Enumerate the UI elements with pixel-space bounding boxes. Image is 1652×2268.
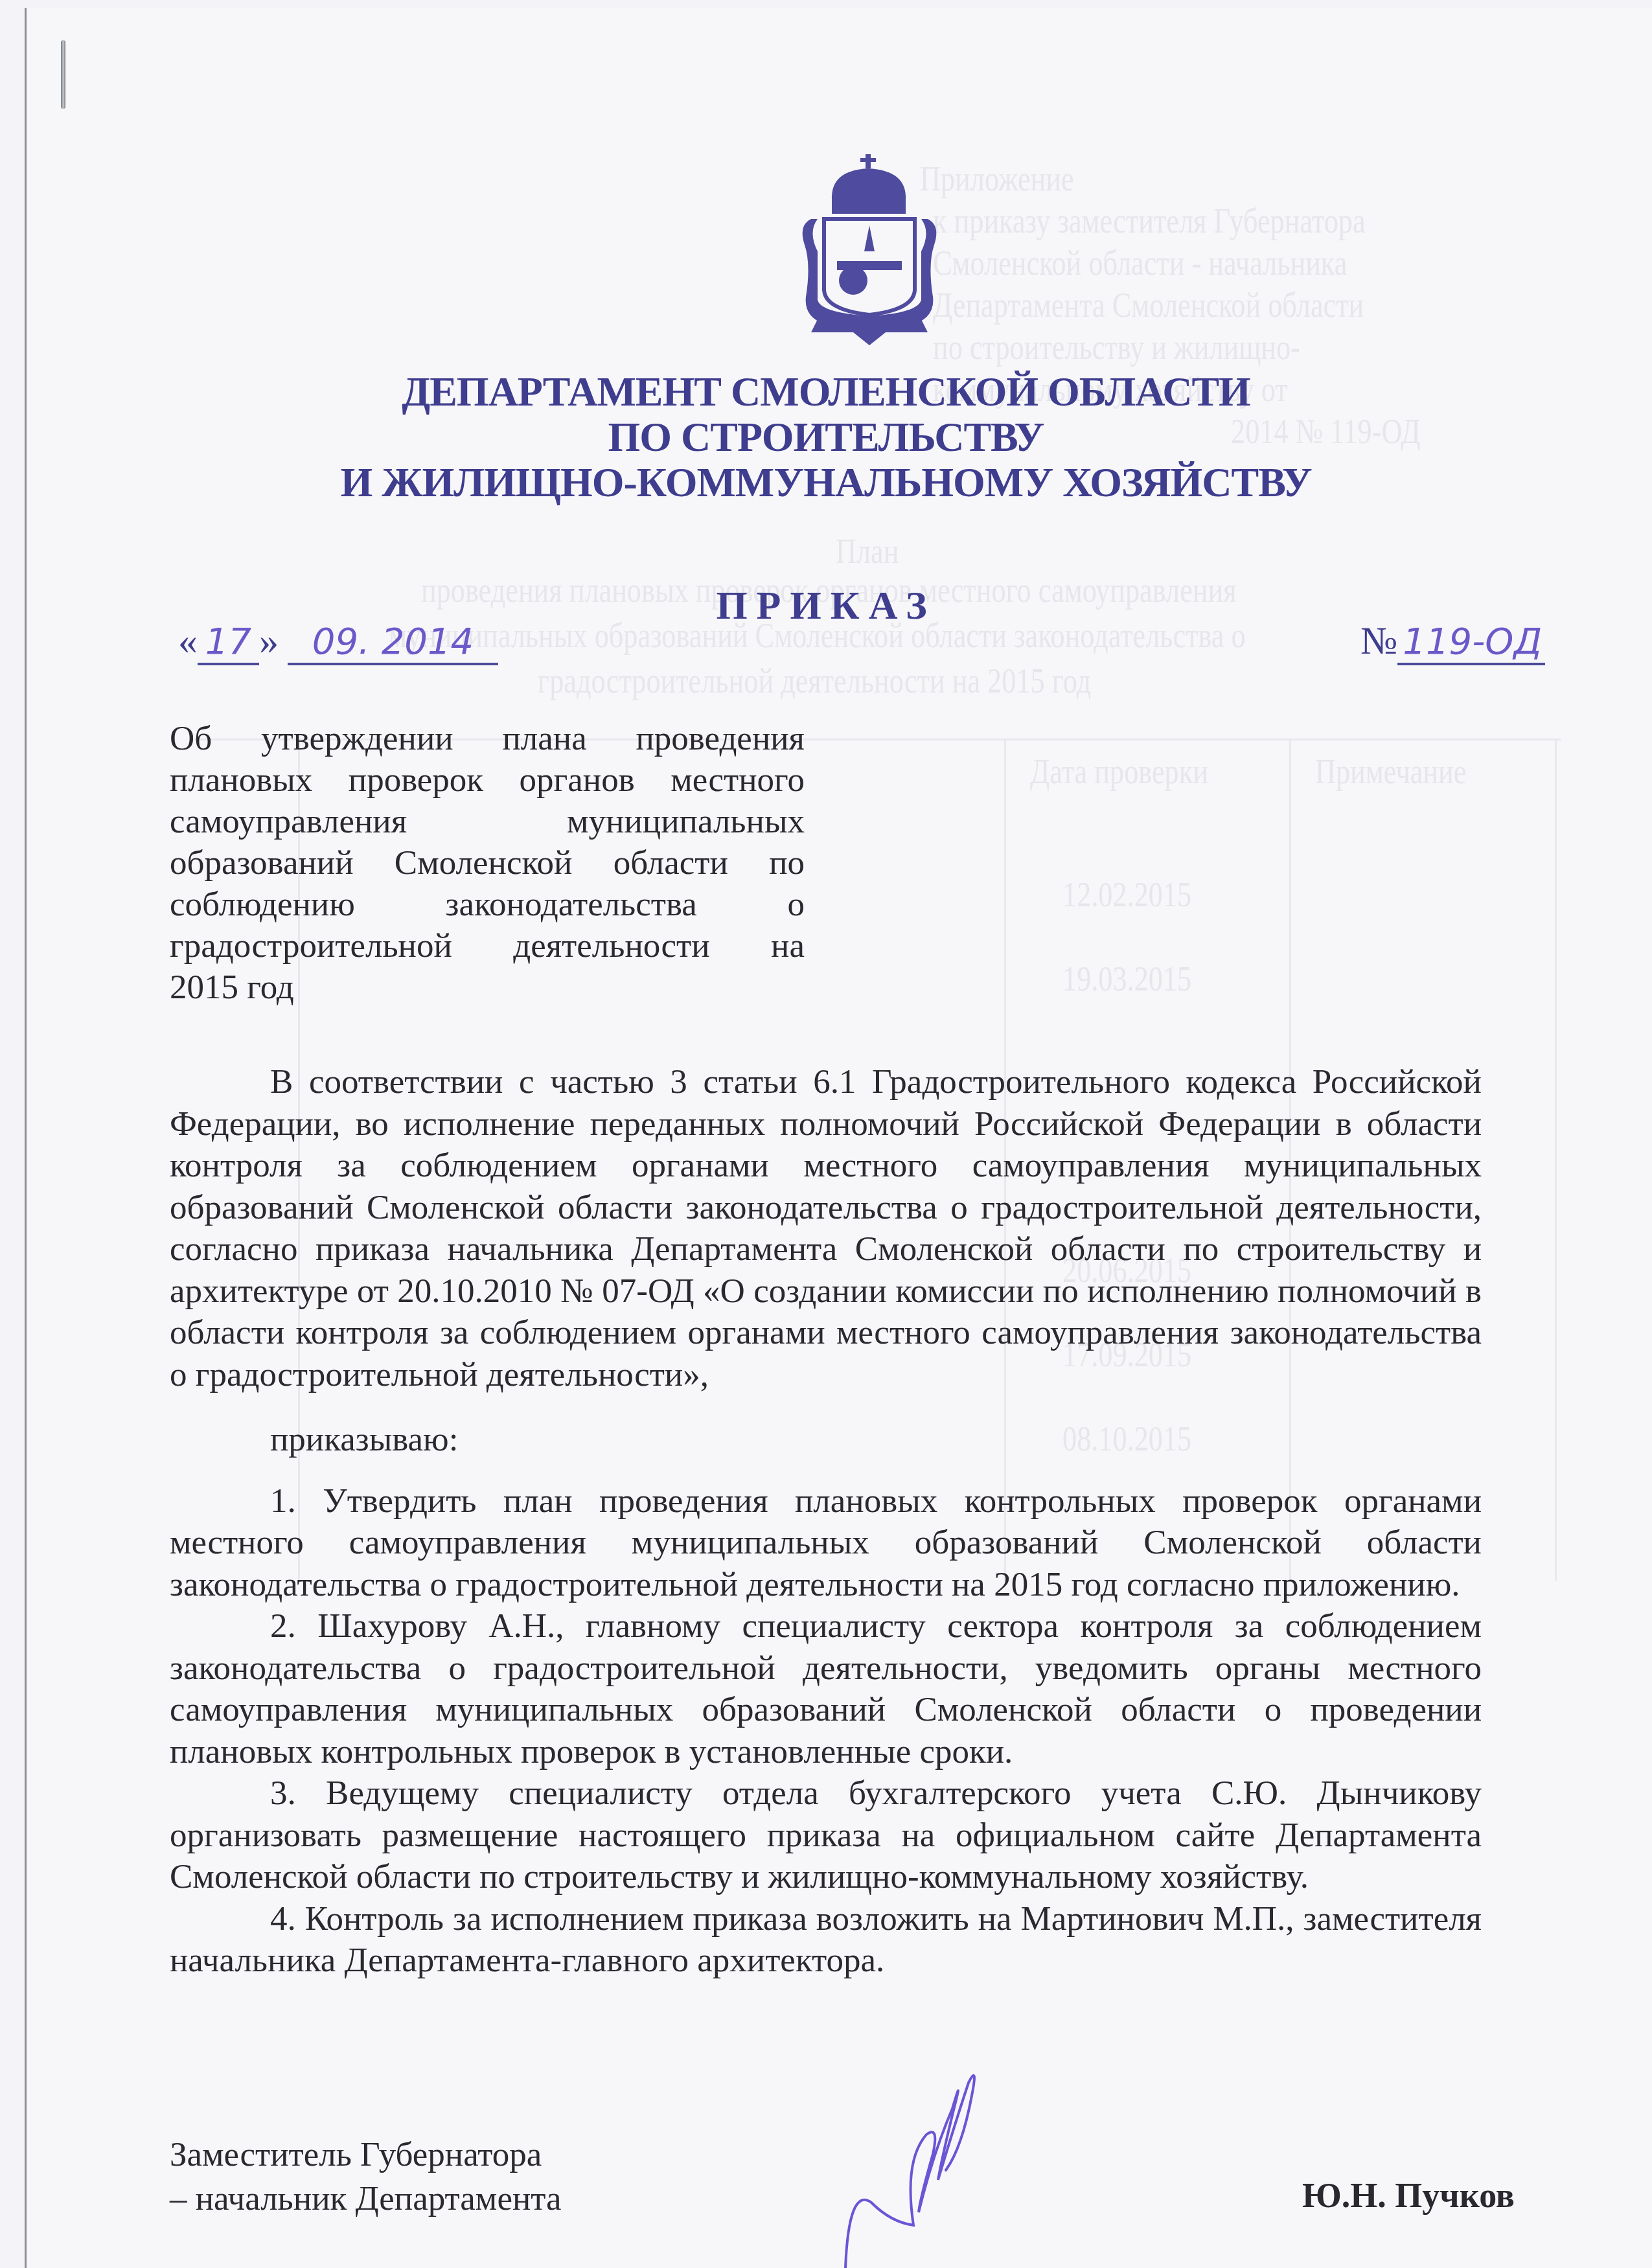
order-day: 17 bbox=[198, 621, 259, 665]
quote-open: « bbox=[178, 619, 198, 662]
position-line: Заместитель Губернатора bbox=[170, 2133, 562, 2177]
number-sign: № bbox=[1360, 619, 1397, 662]
ghost-text: градостроительной деятельности на 2015 г… bbox=[538, 661, 1091, 701]
order-item-3: 3. Ведущему специалисту отдела бухгалтер… bbox=[170, 1772, 1482, 1898]
subject-line: соблюдению законодательства о bbox=[170, 884, 805, 925]
subject-line: Об утверждении плана проведения bbox=[170, 718, 805, 759]
order-number-value: 119-ОД bbox=[1397, 621, 1545, 665]
department-title-line-1: ДЕПАРТАМЕНТ СМОЛЕНСКОЙ ОБЛАСТИ bbox=[0, 368, 1652, 416]
ghost-text: 19.03.2015 bbox=[1062, 959, 1191, 999]
order-item-2: 2. Шахурову А.Н., главному специалисту с… bbox=[170, 1605, 1482, 1772]
subject-line: образований Смоленской области по bbox=[170, 842, 805, 884]
ghost-text: к приказу заместителя Губернатора bbox=[933, 201, 1366, 241]
preamble-paragraph: В соответствии с частью 3 статьи 6.1 Гра… bbox=[170, 1061, 1482, 1395]
signatory-position: Заместитель Губернатора – начальник Депа… bbox=[170, 2133, 562, 2221]
ghost-text: Примечание bbox=[1315, 751, 1466, 792]
directive-word: приказываю: bbox=[170, 1419, 1482, 1461]
staple-mark bbox=[61, 40, 65, 109]
order-body: В соответствии с частью 3 статьи 6.1 Гра… bbox=[170, 1061, 1482, 1982]
ghost-text: Дата проверки bbox=[1030, 751, 1208, 792]
coat-of-arms-icon bbox=[792, 154, 947, 345]
ghost-text: Смоленской области - начальника bbox=[933, 243, 1347, 283]
order-date: «17»09. 2014 bbox=[178, 619, 498, 665]
handwritten-signature-icon bbox=[842, 2057, 1037, 2268]
subject-line: 2015 год bbox=[170, 967, 805, 1008]
subject-line: плановых проверок органов местного bbox=[170, 759, 805, 801]
ghost-text: по строительству и жилищно- bbox=[933, 327, 1300, 367]
order-item-4: 4. Контроль за исполнением приказа возло… bbox=[170, 1898, 1482, 1982]
ghost-text: Департамента Смоленской области bbox=[933, 285, 1364, 325]
order-month-year: 09. 2014 bbox=[288, 621, 498, 665]
order-item-1: 1. Утвердить план проведения плановых ко… bbox=[170, 1480, 1482, 1606]
subject-line: самоуправления муниципальных bbox=[170, 801, 805, 842]
order-subject: Об утверждении плана проведения плановых… bbox=[170, 718, 805, 1008]
department-title-line-2: ПО СТРОИТЕЛЬСТВУ bbox=[0, 413, 1652, 461]
position-line: – начальник Департамента bbox=[170, 2177, 562, 2221]
ghost-text: План bbox=[836, 531, 899, 571]
ghost-text: 12.02.2015 bbox=[1062, 875, 1191, 915]
order-number: №119-ОД bbox=[1360, 619, 1545, 665]
department-title-line-3: И ЖИЛИЩНО-КОММУНАЛЬНОМУ ХОЗЯЙСТВУ bbox=[0, 459, 1652, 507]
subject-line: градостроительной деятельности на bbox=[170, 925, 805, 967]
quote-close: » bbox=[259, 619, 279, 662]
signatory-name: Ю.Н. Пучков bbox=[1302, 2175, 1515, 2216]
